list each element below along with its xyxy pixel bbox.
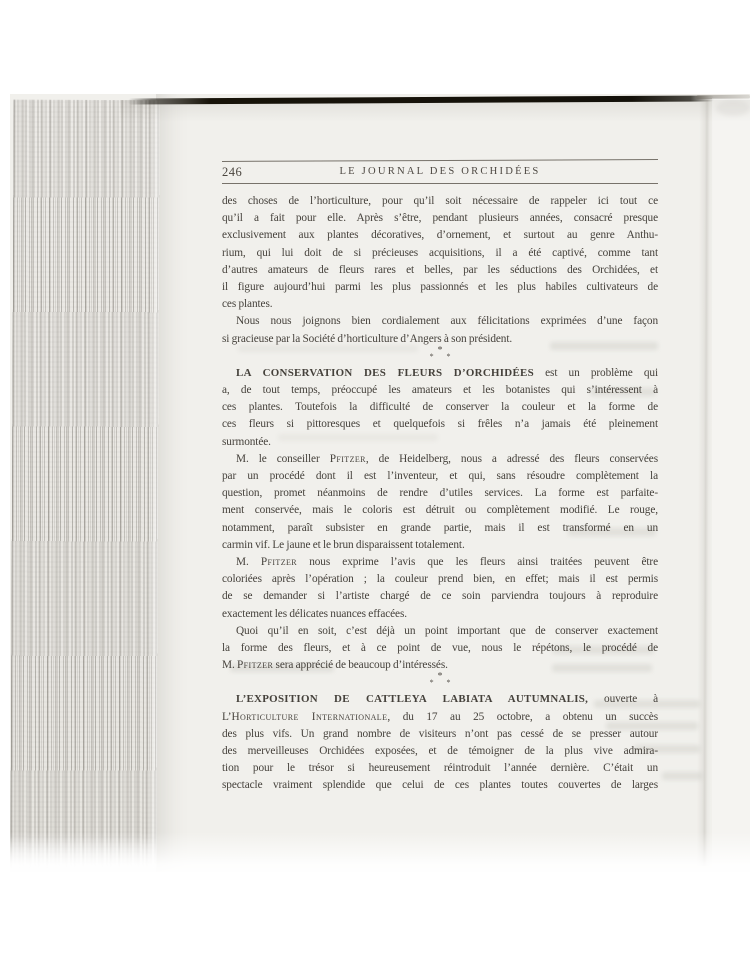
body-text: M. [236, 556, 261, 568]
text-line: ment conservée, mais le coloris est détr… [222, 502, 658, 519]
text-line: de se demander si l’artiste chargé de ce… [222, 588, 658, 605]
asterism-separator: *** [222, 674, 658, 691]
body-text: exclusivement aux plantes décoratives, d… [222, 229, 658, 241]
body-text: ces plantes. Toutefois la difficulté de … [222, 401, 658, 413]
page-header: 246 LE JOURNAL DES ORCHIDÉES [222, 160, 658, 184]
body-text: carmin vif. Le jaune et le brun disparai… [222, 539, 465, 551]
page-body: des choses de l’horticulture, pour qu’il… [222, 193, 658, 795]
asterisk-glyph: * [446, 352, 450, 361]
smallcaps-text: Horticulture Internationale [231, 711, 387, 723]
text-line: M. Pfitzer nous exprime l’avis que les f… [222, 554, 658, 571]
body-text: par un procédé dont il est l’inventeur, … [222, 470, 658, 482]
text-line: exclusivement aux plantes décoratives, d… [222, 227, 658, 244]
text-line: ces fleurs si pittoresques et quelquefoi… [222, 416, 658, 433]
text-line: L’EXPOSITION DE CATTLEYA LABIATA AUTUMNA… [222, 691, 658, 708]
text-line: rium, qui lui doit de si précieuses acqu… [222, 245, 658, 262]
smallcaps-text: Pfitzer [237, 659, 273, 671]
text-line: Nous nous joignons bien cordialement aux… [222, 313, 658, 330]
text-line: a, de tout temps, préoccupé les amateurs… [222, 382, 658, 399]
body-text: coloriées après l’opération ; la couleur… [222, 573, 658, 585]
body-text: d’autres amateurs de fleurs rares et bel… [222, 264, 658, 276]
page-number: 246 [222, 161, 242, 183]
page-edges-texture [10, 100, 159, 869]
text-line: exactement les délicates nuances effacée… [222, 606, 658, 623]
text-line: coloriées après l’opération ; la couleur… [222, 571, 658, 588]
body-text: si gracieuse par la Société d’horticultu… [222, 333, 512, 345]
body-text: ces plantes. [222, 298, 272, 310]
bold-heading-text: L’EXPOSITION DE CATTLEYA LABIATA AUTUMNA… [236, 693, 588, 705]
body-text: spectacle vraiment splendide que celui d… [222, 779, 658, 791]
asterism-separator: *** [222, 348, 658, 365]
body-text: exactement les délicates nuances effacée… [222, 608, 407, 620]
text-line: il figure aujourd’hui parmi les plus pas… [222, 279, 658, 296]
body-text: la forme des fleurs, et à ce point de vu… [222, 642, 658, 654]
body-text: question, promet néanmoins de rendre d’u… [222, 487, 658, 499]
asterisk-glyph: * [430, 352, 434, 361]
text-line: par un procédé dont il est l’inventeur, … [222, 468, 658, 485]
bleed-through-mark [662, 772, 702, 780]
text-line: surmontée. [222, 434, 658, 451]
text-line: notamment, paraît subsister en grande pa… [222, 520, 658, 537]
body-text: ment conservée, mais le coloris est détr… [222, 504, 658, 516]
text-line: qu’il a fait pour elle. Après s’être, pe… [222, 210, 658, 227]
body-text: , de Heidelberg, nous a adressé des fleu… [366, 453, 658, 465]
scan-bottom-fade [10, 832, 750, 878]
text-line: des choses de l’horticulture, pour qu’il… [222, 193, 658, 210]
body-text: Nous nous joignons bien cordialement aux… [236, 315, 658, 327]
text-line: des merveilleuses Orchidées exposées, et… [222, 743, 658, 760]
body-text: notamment, paraît subsister en grande pa… [222, 522, 658, 534]
asterisk-glyph: * [438, 671, 443, 682]
body-text: a, de tout temps, préoccupé les amateurs… [222, 384, 658, 396]
body-text: ces fleurs si pittoresques et quelquefoi… [222, 418, 658, 430]
bold-heading-text: LA CONSERVATION DES FLEURS D’ORCHIDÉES [236, 367, 534, 379]
smallcaps-text: Pfitzer [261, 556, 297, 568]
text-line: tion pour le trésor si heureusement réin… [222, 760, 658, 777]
text-line: des plus vifs. Un grand nombre de visite… [222, 726, 658, 743]
body-text: de se demander si l’artiste chargé de ce… [222, 590, 658, 602]
body-text: sera apprécié de beaucoup d’intéressés. [273, 659, 448, 671]
text-line: M. le conseiller Pfitzer, de Heidelberg,… [222, 451, 658, 468]
asterisk-glyph: * [430, 678, 434, 687]
asterisk-glyph: * [438, 345, 443, 356]
body-text: des merveilleuses Orchidées exposées, et… [222, 745, 658, 757]
text-line: ces plantes. [222, 296, 658, 313]
text-line: Quoi qu’il en soit, c’est déjà un point … [222, 623, 658, 640]
scan-canvas: { "header": { "page_number": "246", "jou… [0, 0, 750, 969]
body-text: tion pour le trésor si heureusement réin… [222, 762, 658, 774]
body-text: il figure aujourd’hui parmi les plus pas… [222, 281, 658, 293]
text-line: LA CONSERVATION DES FLEURS D’ORCHIDÉES e… [222, 365, 658, 382]
journal-title: LE JOURNAL DES ORCHIDÉES [339, 161, 540, 183]
gutter-right-leaf [712, 98, 750, 872]
text-line: d’autres amateurs de fleurs rares et bel… [222, 262, 658, 279]
body-text: rium, qui lui doit de si précieuses acqu… [222, 247, 658, 259]
text-line: carmin vif. Le jaune et le brun disparai… [222, 537, 658, 554]
running-head: 246 LE JOURNAL DES ORCHIDÉES [222, 161, 658, 183]
body-text: qu’il a fait pour elle. Après s’être, pe… [222, 212, 658, 224]
text-line: spectacle vraiment splendide que celui d… [222, 777, 658, 794]
body-text: M. [222, 659, 237, 671]
body-text: , du 17 au 25 octobre, a obtenu un succè… [387, 711, 658, 723]
body-text: ouverte à [588, 693, 658, 705]
body-text: des choses de l’horticulture, pour qu’il… [222, 195, 658, 207]
body-text: nous exprime l’avis que les fleurs ainsi… [297, 556, 658, 568]
asterisk-glyph: * [446, 678, 450, 687]
text-line: ces plantes. Toutefois la difficulté de … [222, 399, 658, 416]
header-rule-bottom [222, 183, 658, 184]
body-text: des plus vifs. Un grand nombre de visite… [222, 728, 658, 740]
text-line: L’Horticulture Internationale, du 17 au … [222, 709, 658, 726]
body-text: M. le conseiller [236, 453, 330, 465]
text-line: question, promet néanmoins de rendre d’u… [222, 485, 658, 502]
text-line: la forme des fleurs, et à ce point de vu… [222, 640, 658, 657]
body-text: Quoi qu’il en soit, c’est déjà un point … [236, 625, 658, 637]
smallcaps-text: Pfitzer [330, 453, 366, 465]
body-text: surmontée. [222, 436, 271, 448]
body-text: est un problème qui [534, 367, 658, 379]
